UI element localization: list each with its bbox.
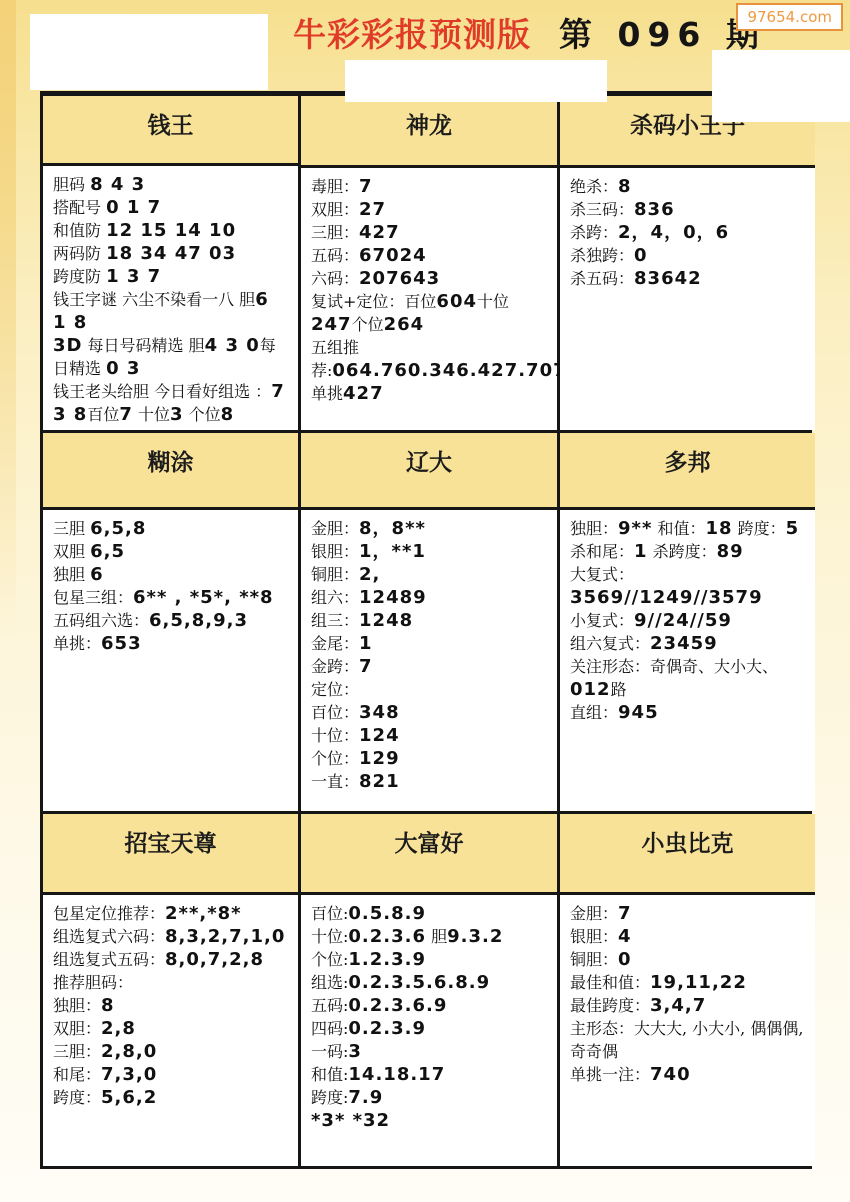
panel-line: 胆码 8 4 3 (53, 173, 289, 196)
value-text: 8，8** (359, 518, 426, 539)
panel-line: 钱王字谜 六尘不染看一八 胆6 1 8 (53, 288, 289, 334)
label-text: 五码组六选： (53, 611, 149, 630)
panel-line: 独胆：8 (53, 994, 289, 1017)
label-text: 推荐胆码： (53, 973, 133, 992)
value-text: 6,5,8 (90, 518, 146, 539)
panel-line: 组选复式五码：8,0,7,2,8 (53, 948, 289, 971)
panel-9: 小虫比克金胆：7银胆：4铜胆：0最佳和值：19,11,22最佳跨度：3,4,7主… (560, 814, 815, 1166)
panel-body: 三胆 6,5,8双胆 6,5独胆 6包星三组：6** , *5*, **8五码组… (43, 510, 298, 811)
panel-line: 包星定位推荐：2**,*8* (53, 902, 289, 925)
label-text: 个位: (311, 950, 348, 969)
label-text: 杀跨度： (648, 542, 717, 561)
panel-line: 组六复式：23459 (570, 632, 806, 655)
panel-title: 招宝天尊 (43, 814, 298, 895)
value-text: 8,3,2,7,1,0 (165, 926, 285, 947)
value-text: 27 (359, 199, 386, 220)
value-text: 7 (359, 656, 373, 677)
value-text: 247 (311, 314, 352, 335)
value-text: 19,11,22 (650, 972, 747, 993)
panel-line: 组三：1248 (311, 609, 548, 632)
value-text: 0.2.3.9 (348, 1018, 426, 1039)
label-text: 组三： (311, 611, 359, 630)
value-text: 0 (634, 245, 648, 266)
value-text: 1 3 7 (106, 266, 161, 287)
label-text: 和值: (311, 1065, 348, 1084)
value-text: 3 (348, 1041, 362, 1062)
panel-line: 直组：945 (570, 701, 806, 724)
value-text: 348 (359, 702, 400, 723)
panel-title: 多邦 (560, 433, 815, 510)
label-text: 定位： (311, 680, 359, 699)
panel-line: 双胆：27 (311, 198, 548, 221)
label-text: 小复式： (570, 611, 634, 630)
panel-title: 辽大 (301, 433, 557, 510)
label-text: 百位： (311, 703, 359, 722)
panel-line: 金跨：7 (311, 655, 548, 678)
label-text: 十位： (311, 726, 359, 745)
panel-body: 绝杀：8杀三码：836杀跨：2，4，0，6杀独跨：0杀五码：83642 (560, 168, 815, 430)
issue-number: 第 096 期 (559, 15, 766, 54)
label-text: 杀五码： (570, 269, 634, 288)
label-text: 关注形态：奇偶奇、大小大、 (570, 657, 778, 676)
panel-line: 三胆 6,5,8 (53, 517, 289, 540)
label-text: 银胆： (570, 927, 618, 946)
label-text: 四码: (311, 1019, 348, 1038)
label-text: 单挑 (311, 384, 343, 403)
panel-line: 五组推荐:064.760.346.427.707. (311, 336, 548, 382)
panel-line: 和值:14.18.17 (311, 1063, 548, 1086)
label-text: 双胆 (53, 542, 90, 561)
label-text: 三胆： (53, 1042, 101, 1061)
panel-line: 3D 每日号码精选 胆4 3 0每日精选 0 3 (53, 334, 289, 380)
value-text: 3569//1249//3579 (570, 587, 763, 608)
panel-line: 六码：207643 (311, 267, 548, 290)
value-text: 18 (705, 518, 732, 539)
value-text: 23459 (650, 633, 718, 654)
value-text: 14.18.17 (348, 1064, 445, 1085)
board-grid: 钱王胆码 8 4 3搭配号 0 1 7和值防 12 15 14 10两码防 18… (40, 91, 812, 1169)
value-text: 83642 (634, 268, 702, 289)
panel-line: 钱王老头给胆 今日看好组选 ：7 3 8百位7 十位3 个位8 (53, 380, 289, 426)
value-text: 012 (570, 679, 611, 700)
panel-line: 复试+定位：百位604十位247个位264 (311, 290, 548, 336)
value-text: 2, (359, 564, 380, 585)
panel-line: 三胆：2,8,0 (53, 1040, 289, 1063)
panel-7: 招宝天尊包星定位推荐：2**,*8*组选复式六码：8,3,2,7,1,0组选复式… (43, 814, 298, 1166)
panel-5: 辽大金胆：8，8**银胆：1，**1铜胆：2,组六：12489组三：1248金尾… (301, 433, 557, 811)
label-text: 胆码 (53, 175, 90, 194)
panel-line: 十位：124 (311, 724, 548, 747)
label-text: 主形态：大大大, 小大小, 偶偶偶, 奇奇偶 (570, 1019, 803, 1061)
panel-line: 铜胆：0 (570, 948, 806, 971)
panel-2: 神龙毒胆：7双胆：27三胆：427五码：67024六码：207643复试+定位：… (301, 96, 557, 430)
label-text: 个位 (352, 315, 384, 334)
label-text: 跨度防 (53, 267, 106, 286)
value-text: 0 (618, 949, 632, 970)
panel-line: 一码:3 (311, 1040, 548, 1063)
panel-line: 独胆 6 (53, 563, 289, 586)
panel-line: 百位：348 (311, 701, 548, 724)
value-text: 0.2.3.5.6.8.9 (348, 972, 490, 993)
panel-line: 和值防 12 15 14 10 (53, 219, 289, 242)
value-text: 7,3,0 (101, 1064, 157, 1085)
label-text: 每日号码精选 胆 (82, 336, 204, 355)
panel-6: 多邦独胆：9** 和值：18 跨度：5 杀和尾：1 杀跨度：89大复式：3569… (560, 433, 815, 811)
value-text: 740 (650, 1064, 691, 1085)
value-text: 6,5 (90, 541, 125, 562)
panel-line: 金尾：1 (311, 632, 548, 655)
label-text: 独胆： (53, 996, 101, 1015)
page-title: 牛彩彩报预测版第 096 期 (293, 16, 766, 54)
value-text: 207643 (359, 268, 440, 289)
value-text: 653 (101, 633, 142, 654)
panel-line: 定位： (311, 678, 548, 701)
label-text: 搭配号 (53, 198, 106, 217)
panel-title: 大富好 (301, 814, 557, 895)
panel-line: 小复式：9//24//59 (570, 609, 806, 632)
label-text: 和值： (652, 519, 705, 538)
value-text: 8 (618, 176, 632, 197)
blank-patch-top-center (345, 60, 607, 102)
value-text: 4 (618, 926, 632, 947)
panel-line: 关注形态：奇偶奇、大小大、012路 (570, 655, 806, 701)
value-text: 427 (343, 383, 384, 404)
value-text: 6 (90, 564, 104, 585)
panel-3: 杀码小王子绝杀：8杀三码：836杀跨：2，4，0，6杀独跨：0杀五码：83642 (560, 96, 815, 430)
value-text: 6** , *5*, **8 (133, 587, 274, 608)
panel-line: *3* *32 (311, 1109, 548, 1132)
label-text: 钱王字谜 六尘不染看一八 胆 (53, 290, 255, 309)
label-text: 百位 (87, 405, 119, 424)
panel-1: 钱王胆码 8 4 3搭配号 0 1 7和值防 12 15 14 10两码防 18… (43, 96, 298, 430)
watermark-badge: 97654.com (736, 3, 843, 31)
value-text: 821 (359, 771, 400, 792)
label-text: 钱王老头给胆 今日看好组选 ： (53, 382, 271, 401)
label-text: 杀三码： (570, 200, 634, 219)
value-text: 064.760.346.427.707. (332, 360, 574, 381)
value-text: 9** (618, 518, 652, 539)
label-text: 组六： (311, 588, 359, 607)
label-text: 一直： (311, 772, 359, 791)
label-text: 单挑一注： (570, 1065, 650, 1084)
value-text: 18 34 47 03 (106, 243, 236, 264)
panel-line: 个位:1.2.3.9 (311, 948, 548, 971)
panel-body: 胆码 8 4 3搭配号 0 1 7和值防 12 15 14 10两码防 18 3… (43, 166, 298, 430)
value-text: 4 3 0 (205, 335, 260, 356)
value-text: 2，4，0，6 (618, 222, 729, 243)
label-text: 五码: (311, 996, 348, 1015)
panel-line: 五码：67024 (311, 244, 548, 267)
panel-line: 单挑一注：740 (570, 1063, 806, 1086)
value-text: 9.3.2 (447, 926, 503, 947)
panel-line: 跨度:7.9 (311, 1086, 548, 1109)
label-text: 独胆 (53, 565, 90, 584)
value-text: 8 (101, 995, 115, 1016)
value-text: *3* *32 (311, 1110, 390, 1131)
label-text: 十位 (477, 292, 509, 311)
value-text: 7 (119, 404, 133, 425)
label-text: 复试+定位：百位 (311, 292, 436, 311)
label-text: 杀和尾： (570, 542, 634, 561)
value-text: 1 (359, 633, 373, 654)
label-text: 杀跨： (570, 223, 618, 242)
panel-line: 银胆：4 (570, 925, 806, 948)
label-text: 单挑： (53, 634, 101, 653)
label-text: 三胆 (53, 519, 90, 538)
value-text: 1248 (359, 610, 413, 631)
panel-line: 五码:0.2.3.6.9 (311, 994, 548, 1017)
label-text: 包星定位推荐： (53, 904, 165, 923)
label-text: 铜胆： (570, 950, 618, 969)
value-text: 129 (359, 748, 400, 769)
label-text: 十位: (311, 927, 348, 946)
value-text: 0 1 7 (106, 197, 161, 218)
label-text: 银胆： (311, 542, 359, 561)
panel-line: 搭配号 0 1 7 (53, 196, 289, 219)
panel-line: 最佳跨度：3,4,7 (570, 994, 806, 1017)
panel-line: 推荐胆码： (53, 971, 289, 994)
panel-line: 最佳和值：19,11,22 (570, 971, 806, 994)
value-text: 12 15 14 10 (106, 220, 236, 241)
label-text: 金胆： (311, 519, 359, 538)
label-text: 组选: (311, 973, 348, 992)
value-text: 1 (634, 541, 648, 562)
value-text: 6,5,8,9,3 (149, 610, 248, 631)
value-text: 1.2.3.9 (348, 949, 426, 970)
panel-line: 五码组六选：6,5,8,9,3 (53, 609, 289, 632)
panel-line: 杀三码：836 (570, 198, 806, 221)
value-text: 2**,*8* (165, 903, 242, 924)
label-text: 双胆： (311, 200, 359, 219)
panel-line: 组六：12489 (311, 586, 548, 609)
label-text: 金跨： (311, 657, 359, 676)
lottery-prediction-sheet: 牛彩彩报预测版第 096 期 97654.com 钱王胆码 8 4 3搭配号 0… (0, 0, 850, 1202)
value-text: 8 4 3 (90, 174, 145, 195)
panel-line: 绝杀：8 (570, 175, 806, 198)
value-text: 836 (634, 199, 675, 220)
label-text: 跨度： (733, 519, 786, 538)
value-text: 3,4,7 (650, 995, 706, 1016)
label-text: 和尾： (53, 1065, 101, 1084)
panel-title: 钱王 (43, 96, 298, 166)
value-text: 2,8 (101, 1018, 136, 1039)
label-text: 个位 (184, 405, 221, 424)
panel-line: 个位：129 (311, 747, 548, 770)
label-text: 和值防 (53, 221, 106, 240)
label-text: 大复式： (570, 565, 634, 584)
panel-line: 单挑：653 (53, 632, 289, 655)
panel-line: 主形态：大大大, 小大小, 偶偶偶, 奇奇偶 (570, 1017, 806, 1063)
panel-line: 跨度防 1 3 7 (53, 265, 289, 288)
panel-line: 一直：821 (311, 770, 548, 793)
panel-line: 和尾：7,3,0 (53, 1063, 289, 1086)
value-text: 264 (384, 314, 425, 335)
blank-patch-top-left (30, 14, 268, 90)
value-text: 7 (618, 903, 632, 924)
panel-body: 包星定位推荐：2**,*8*组选复式六码：8,3,2,7,1,0组选复式五码：8… (43, 895, 298, 1166)
value-text: 9//24//59 (634, 610, 732, 631)
label-text: 一码: (311, 1042, 348, 1061)
label-text: 独胆： (570, 519, 618, 538)
panel-line: 金胆：8，8** (311, 517, 548, 540)
panel-line: 独胆：9** 和值：18 跨度：5 杀和尾：1 杀跨度：89 (570, 517, 806, 563)
value-text: 604 (436, 291, 477, 312)
label-text: 金胆： (570, 904, 618, 923)
panel-title: 神龙 (301, 96, 557, 168)
page-title-brand: 牛彩彩报预测版 (293, 15, 531, 54)
label-text: 跨度: (311, 1088, 348, 1107)
panel-body: 金胆：7银胆：4铜胆：0最佳和值：19,11,22最佳跨度：3,4,7主形态：大… (560, 895, 815, 1166)
value-text: 124 (359, 725, 400, 746)
label-text: 路 (611, 680, 627, 699)
value-text: 7 (359, 176, 373, 197)
label-text: 最佳和值： (570, 973, 650, 992)
label-text: 三胆： (311, 223, 359, 242)
label-text: 组选复式五码： (53, 950, 165, 969)
panel-body: 百位:0.5.8.9十位:0.2.3.6 胆9.3.2个位:1.2.3.9组选:… (301, 895, 557, 1166)
value-text: 67024 (359, 245, 427, 266)
label-text: 毒胆： (311, 177, 359, 196)
label-text: 组六复式： (570, 634, 650, 653)
value-text: 12489 (359, 587, 427, 608)
panel-line: 百位:0.5.8.9 (311, 902, 548, 925)
label-text: 十位 (133, 405, 170, 424)
value-text: 0 3 (106, 358, 140, 379)
label-text: 胆 (426, 927, 447, 946)
panel-title: 小虫比克 (560, 814, 815, 895)
panel-4: 糊涂三胆 6,5,8双胆 6,5独胆 6包星三组：6** , *5*, **8五… (43, 433, 298, 811)
label-text: 最佳跨度： (570, 996, 650, 1015)
panel-line: 两码防 18 34 47 03 (53, 242, 289, 265)
label-text: 直组： (570, 703, 618, 722)
panel-line: 双胆 6,5 (53, 540, 289, 563)
label-text: 跨度： (53, 1088, 101, 1107)
value-text: 3D (53, 335, 82, 356)
panel-line: 单挑427 (311, 382, 548, 405)
panel-body: 毒胆：7双胆：27三胆：427五码：67024六码：207643复试+定位：百位… (301, 168, 557, 430)
page-edge-shade (0, 0, 16, 640)
value-text: 0.2.3.6.9 (348, 995, 447, 1016)
panel-line: 毒胆：7 (311, 175, 548, 198)
label-text: 绝杀： (570, 177, 618, 196)
panel-line: 组选复式六码：8,3,2,7,1,0 (53, 925, 289, 948)
label-text: 杀独跨： (570, 246, 634, 265)
label-text: 百位: (311, 904, 348, 923)
value-text: 7.9 (348, 1087, 383, 1108)
label-text: 包星三组： (53, 588, 133, 607)
label-text: 金尾： (311, 634, 359, 653)
value-text: 3 (170, 404, 184, 425)
panel-line: 组选:0.2.3.5.6.8.9 (311, 971, 548, 994)
panel-line: 金胆：7 (570, 902, 806, 925)
value-text: 1，**1 (359, 541, 426, 562)
panel-line: 四码:0.2.3.9 (311, 1017, 548, 1040)
panel-line: 十位:0.2.3.6 胆9.3.2 (311, 925, 548, 948)
value-text: 5,6,2 (101, 1087, 157, 1108)
label-text: 双胆： (53, 1019, 101, 1038)
panel-line: 跨度：5,6,2 (53, 1086, 289, 1109)
value-text: 945 (618, 702, 659, 723)
label-text: 五码： (311, 246, 359, 265)
label-text: 六码： (311, 269, 359, 288)
value-text: 8,0,7,2,8 (165, 949, 264, 970)
value-text: 0.2.3.6 (348, 926, 426, 947)
label-text: 铜胆： (311, 565, 359, 584)
panel-line: 大复式：3569//1249//3579 (570, 563, 806, 609)
panel-title: 糊涂 (43, 433, 298, 510)
blank-patch-top-right (712, 50, 850, 122)
panel-line: 银胆：1，**1 (311, 540, 548, 563)
panel-line: 三胆：427 (311, 221, 548, 244)
value-text: 8 (221, 404, 235, 425)
label-text: 个位： (311, 749, 359, 768)
panel-line: 包星三组：6** , *5*, **8 (53, 586, 289, 609)
panel-line: 双胆：2,8 (53, 1017, 289, 1040)
label-text: 组选复式六码： (53, 927, 165, 946)
panel-line: 杀独跨：0 (570, 244, 806, 267)
value-text: 427 (359, 222, 400, 243)
panel-line: 铜胆：2, (311, 563, 548, 586)
panel-body: 独胆：9** 和值：18 跨度：5 杀和尾：1 杀跨度：89大复式：3569//… (560, 510, 815, 811)
value-text: 2,8,0 (101, 1041, 157, 1062)
panel-line: 杀跨：2，4，0，6 (570, 221, 806, 244)
panel-body: 金胆：8，8**银胆：1，**1铜胆：2,组六：12489组三：1248金尾：1… (301, 510, 557, 811)
panel-8: 大富好百位:0.5.8.9十位:0.2.3.6 胆9.3.2个位:1.2.3.9… (301, 814, 557, 1166)
value-text: 0.5.8.9 (348, 903, 426, 924)
panel-line: 杀五码：83642 (570, 267, 806, 290)
value-text: 5 (786, 518, 800, 539)
label-text: 两码防 (53, 244, 106, 263)
value-text: 89 (717, 541, 744, 562)
